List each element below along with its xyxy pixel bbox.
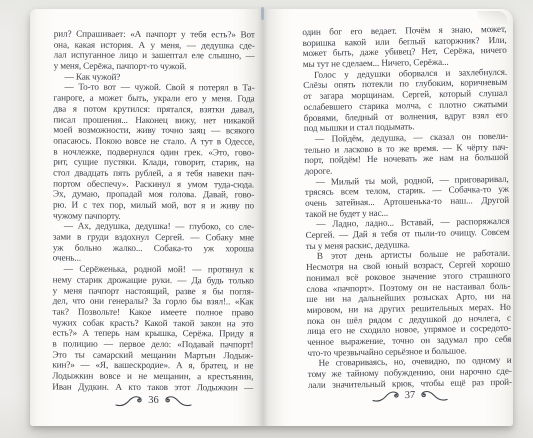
open-book: рил? Спрашивает: «А пачпорт у тебя есть?…	[30, 9, 513, 426]
page-corner-curl	[477, 11, 507, 24]
page-left-footer: 36	[53, 394, 254, 407]
flourish-icon	[115, 394, 143, 407]
text-line: Это ты самарский мещанин Мартын Лодыж-	[52, 349, 253, 361]
text-line: уж больно жалко... Собака-то уж хороша	[53, 242, 254, 254]
text-line: нему старик дрожащие руки. — Да будь тол…	[53, 274, 254, 286]
page-left-text: рил? Спрашивает: «А пачпорт у тебя есть?…	[52, 29, 255, 393]
text-line: рю. И с тех пор, милый мой, вот я и живу…	[53, 200, 254, 212]
flourish-icon	[420, 388, 448, 401]
text-line: рит, сущие пустяки. Клади, говорит, стар…	[53, 157, 254, 169]
text-line: Лодыжкин вовсе и не мещанин, а крестьяни…	[52, 371, 253, 383]
flourish-icon	[164, 394, 192, 407]
page-number: 36	[147, 395, 160, 406]
text-line: два я потом крутился: прятался, взятки д…	[53, 103, 254, 115]
text-line: дел, что они генералы? За горло бы взял!…	[53, 296, 254, 308]
text-line: опасаюсь. Покою вовсе не стало. А тут в …	[53, 135, 254, 147]
flourish-icon	[372, 389, 400, 402]
spine-top-mark	[261, 7, 264, 20]
text-line: у меня, Серёжа, пачпорт-то чужой.	[54, 61, 255, 73]
page-right-footer: 37	[308, 387, 512, 403]
text-line: зами в груди вздохнул Сергей. — Собаку м…	[53, 232, 254, 244]
text-line: кин?» — «Я, вашескродие». А я, братец, и…	[52, 360, 253, 372]
text-line: моей возможности, живу точно заяц — всяк…	[53, 125, 254, 137]
text-line: в полицию — первое дело: «Подавай пачпор…	[52, 338, 253, 350]
text-line: у меня пачпорт настоящий, разве я бы пог…	[53, 285, 254, 297]
page-right-text: один бог его ведает. Почём я знаю, может…	[302, 24, 512, 391]
text-line: — Серёженька, родной мой! — протянул к	[53, 264, 254, 276]
text-line: так? Позвольте! Какое имеете полное прав…	[53, 306, 254, 318]
text-line: ганроге, а может быть, украли его у меня…	[53, 93, 254, 105]
text-line: Иван Дудкин. А кто таков этот Лодыжкин —	[52, 381, 253, 393]
page-left: рил? Спрашивает: «А пачпорт у тебя есть?…	[30, 9, 263, 426]
text-line: стол двадцать пять рублей, а я тебя наве…	[53, 167, 254, 179]
page-number: 37	[404, 390, 417, 401]
text-line: есть?» А теперь нам крышка, Серёжа. Прид…	[52, 328, 253, 340]
page-right: один бог его ведает. Почём я знаю, может…	[263, 9, 513, 426]
text-line: рил? Спрашивает: «А пачпорт у тебя есть?…	[54, 29, 255, 41]
text-line: чужих собак красть? Какой такой закон на…	[52, 317, 253, 329]
